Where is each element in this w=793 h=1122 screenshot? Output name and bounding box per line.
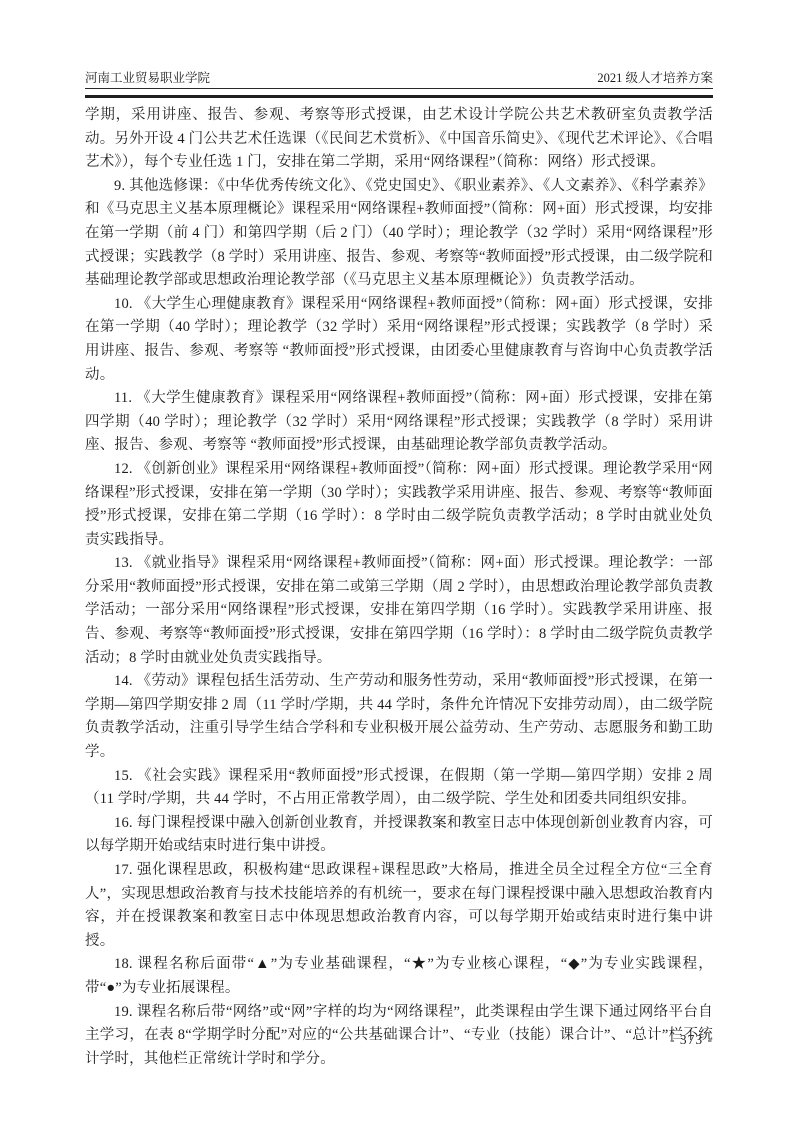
header-rule <box>85 95 713 98</box>
document-body: 学期，采用讲座、报告、参观、考察等形式授课，由艺术设计学院公共艺术教研室负责教学… <box>85 104 713 1071</box>
paragraph-item-17: 17. 强化课程思政，积极构建“思政课程+课程思政”大格局，推进全员全过程全方位… <box>85 859 713 953</box>
paragraph-item-9: 9. 其他选修课：《中华优秀传统文化》、《党史国史》、《职业素养》、《人文素养》… <box>85 175 713 293</box>
paragraph-item-16: 16. 每门课程授课中融入创新创业教育，并授课教案和教室日志中体现创新创业教育内… <box>85 812 713 859</box>
paragraph-item-13: 13. 《就业指导》课程采用“网络课程+教师面授”（简称：网+面）形式授课。理论… <box>85 552 713 670</box>
page-header: 河南工业贸易职业学院 2021 级人才培养方案 <box>85 71 713 89</box>
page-number: - 373 - <box>670 1032 713 1048</box>
header-school-name: 河南工业贸易职业学院 <box>85 71 210 86</box>
paragraph-item-18: 18. 课程名称后面带“▲”为专业基础课程，“★”为专业核心课程，“◆”为专业实… <box>85 953 713 1000</box>
paragraph-item-10: 10. 《大学生心理健康教育》课程采用“网络课程+教师面授”（简称：网+面）形式… <box>85 293 713 387</box>
paragraph-continuation: 学期，采用讲座、报告、参观、考察等形式授课，由艺术设计学院公共艺术教研室负责教学… <box>85 104 713 175</box>
paragraph-item-14: 14. 《劳动》课程包括生活劳动、生产劳动和服务性劳动，采用“教师面授”形式授课… <box>85 670 713 764</box>
document-page: 河南工业贸易职业学院 2021 级人才培养方案 学期，采用讲座、报告、参观、考察… <box>0 0 793 1122</box>
paragraph-item-15: 15. 《社会实践》课程采用“教师面授”形式授课，在假期（第一学期—第四学期）安… <box>85 765 713 812</box>
paragraph-item-19: 19. 课程名称后带“网络”或“网”字样的均为“网络课程”，此类课程由学生课下通… <box>85 1001 713 1072</box>
paragraph-item-12: 12. 《创新创业》课程采用“网络课程+教师面授”（简称：网+面）形式授课。理论… <box>85 458 713 552</box>
paragraph-item-11: 11. 《大学生健康教育》课程采用“网络课程+教师面授”（简称：网+面）形式授课… <box>85 387 713 458</box>
header-document-title: 2021 级人才培养方案 <box>597 71 713 86</box>
